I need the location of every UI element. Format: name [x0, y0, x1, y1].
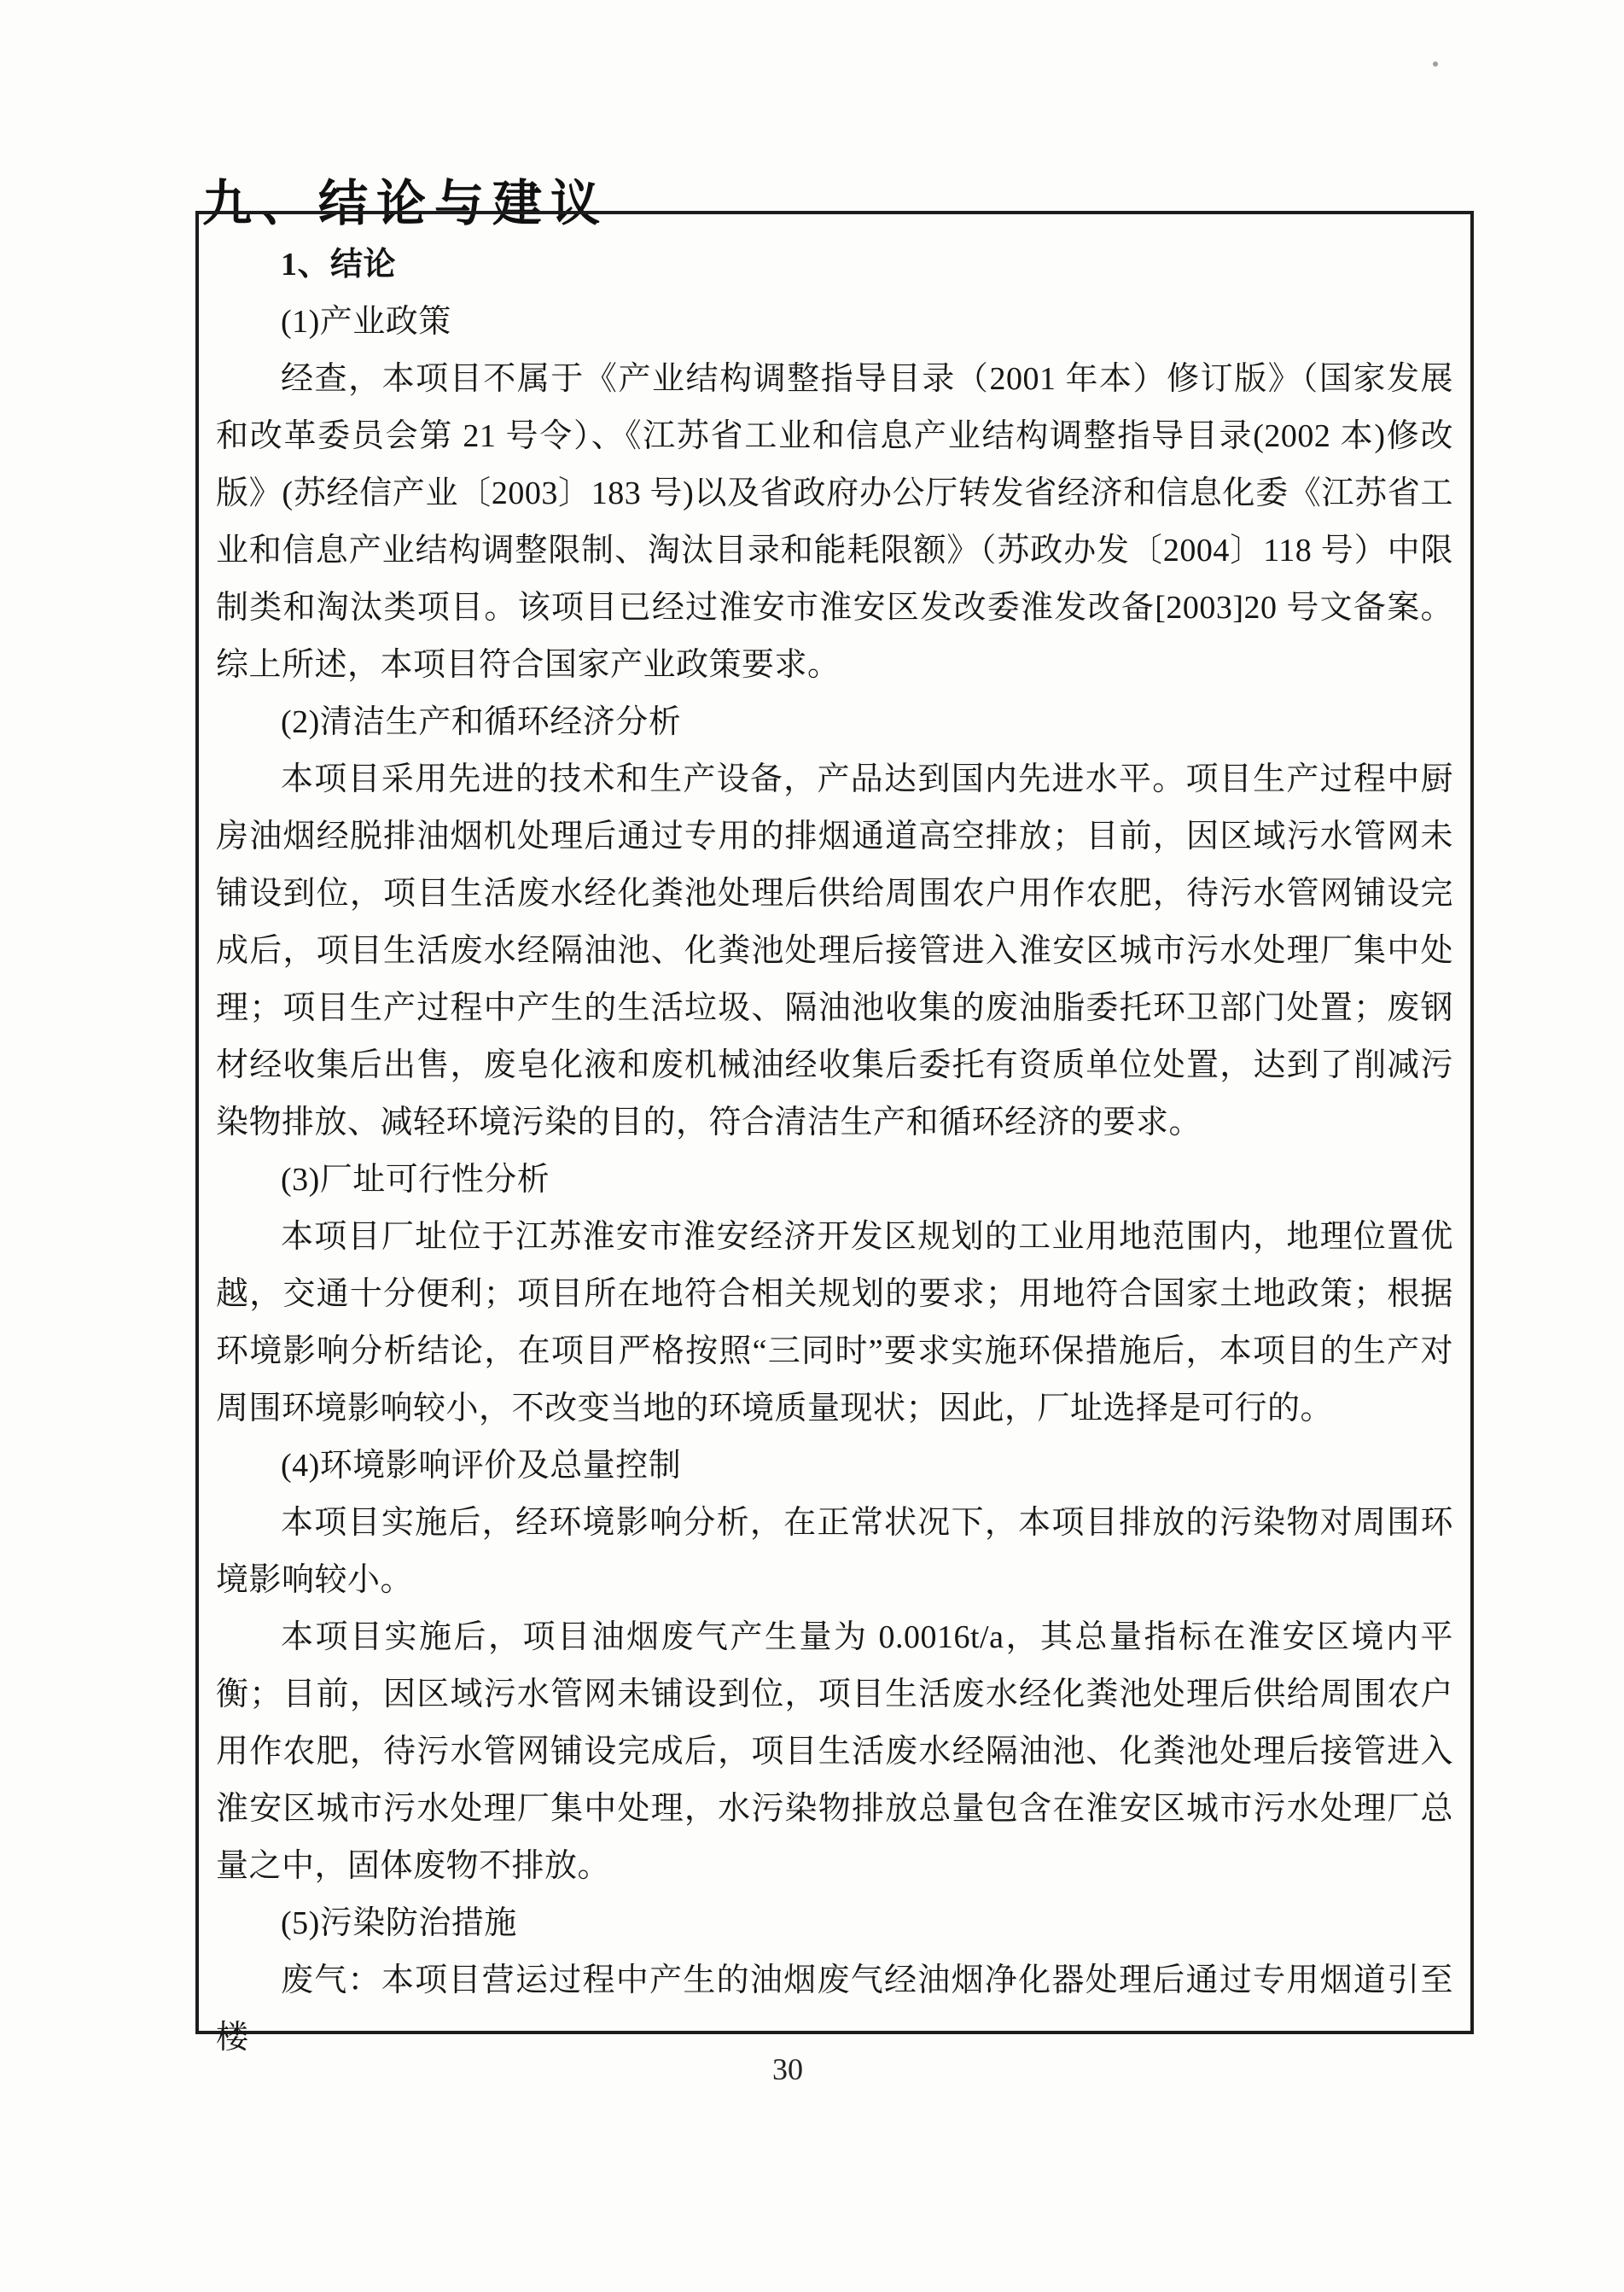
paragraph: (4)环境影响评价及总量控制 [216, 1438, 1453, 1495]
paragraph: 本项目厂址位于江苏淮安市淮安经济开发区规划的工业用地范围内，地理位置优越，交通十… [216, 1209, 1453, 1438]
paragraph-list: 1、结论(1)产业政策经查，本项目不属于《产业结构调整指导目录（2001 年本）… [216, 236, 1453, 2067]
scan-artifact-dot [1433, 61, 1438, 67]
paragraph: 废气：本项目营运过程中产生的油烟废气经油烟净化器处理后通过专用烟道引至楼 [216, 1952, 1453, 2067]
content-box: 1、结论(1)产业政策经查，本项目不属于《产业结构调整指导目录（2001 年本）… [195, 211, 1474, 2034]
paragraph: 经查，本项目不属于《产业结构调整指导目录（2001 年本）修订版》（国家发展和改… [216, 351, 1453, 694]
paragraph: (2)清洁生产和循环经济分析 [216, 694, 1453, 751]
paragraph: (5)污染防治措施 [216, 1895, 1453, 1952]
page-number: 30 [772, 2051, 803, 2087]
paragraph: 1、结论 [216, 236, 1453, 294]
paragraph: (3)厂址可行性分析 [216, 1152, 1453, 1209]
paragraph: 本项目实施后，经环境影响分析，在正常状况下，本项目排放的污染物对周围环境影响较小… [216, 1495, 1453, 1609]
paragraph: 本项目采用先进的技术和生产设备，产品达到国内先进水平。项目生产过程中厨房油烟经脱… [216, 751, 1453, 1152]
paragraph: (1)产业政策 [216, 294, 1453, 351]
paragraph: 本项目实施后，项目油烟废气产生量为 0.0016t/a，其总量指标在淮安区境内平… [216, 1609, 1453, 1895]
